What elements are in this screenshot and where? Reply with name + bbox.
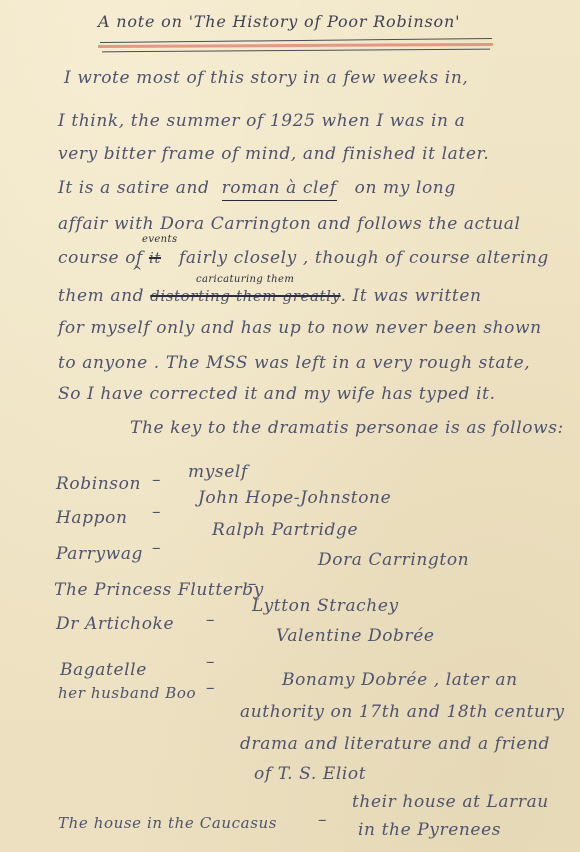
key-dash: – [318, 812, 327, 829]
paragraph-line-2: I think, the summer of 1925 when I was i… [58, 113, 465, 130]
paragraph-line-3: very bitter frame of mind, and finished … [58, 146, 489, 163]
key-identity: myself [188, 464, 248, 481]
paragraph-line-1: I wrote most of this story in a few week… [64, 70, 468, 87]
key-identity: Dora Carrington [318, 552, 469, 569]
paragraph-line-9: to anyone . The MSS was left in a very r… [58, 355, 530, 372]
key-dash: – [152, 472, 161, 489]
text-fairly-closely: fairly closely , though of course alteri… [179, 248, 549, 268]
key-dash: – [152, 540, 161, 557]
text-satire: It is a satire and [58, 178, 210, 198]
text-them-and: them and [58, 286, 144, 306]
paragraph-line-8: for myself only and has up to now never … [58, 320, 542, 337]
key-identity: Valentine Dobrée [276, 628, 435, 645]
key-character: Bagatelle [60, 662, 147, 679]
paragraph-line-10: So I have corrected it and my wife has t… [58, 386, 496, 403]
key-character: Happon [56, 510, 128, 527]
insertion-caret-icon: ^ [132, 264, 142, 278]
text-course-of: course of [58, 248, 143, 268]
title-underline-red [98, 43, 493, 48]
paragraph-line-7: them and distorting them greatly. It was… [58, 288, 482, 305]
text-struck-distorting: distorting them greatly [150, 287, 340, 305]
paragraph-line-4: It is a satire and roman à clef on my lo… [58, 180, 456, 197]
key-identity: their house at Larrau [352, 794, 549, 811]
key-character: Parrywag [56, 546, 143, 563]
paragraph-line-5: affair with Dora Carrington and follows … [58, 216, 521, 233]
key-dash: – [206, 612, 215, 629]
key-identity: Ralph Partridge [212, 522, 358, 539]
key-dash: – [206, 654, 215, 671]
key-identity-continued: of T. S. Eliot [254, 766, 366, 783]
manuscript-page: A note on 'The History of Poor Robinson'… [0, 0, 580, 852]
title-underline-dark-2 [102, 49, 490, 53]
key-character: The house in the Caucasus [58, 816, 277, 831]
key-character: The Princess Flutterby [54, 582, 264, 599]
key-identity: Lytton Strachey [252, 598, 399, 615]
page-title: A note on 'The History of Poor Robinson' [98, 14, 460, 30]
text-struck-it: it [149, 249, 161, 267]
text-it-was-written: . It was written [341, 286, 482, 306]
insertion-events: events [142, 234, 177, 245]
text-on-my-long: on my long [355, 178, 456, 198]
key-character: Dr Artichoke [56, 616, 174, 633]
key-identity: John Hope-Johnstone [198, 490, 391, 507]
insertion-caricaturing-them: caricaturing them [196, 274, 294, 285]
key-identity-continued: drama and literature and a friend [240, 736, 550, 753]
key-dash: – [248, 576, 257, 593]
key-character: Robinson [56, 476, 141, 493]
key-dash: – [206, 680, 215, 697]
key-identity-continued: in the Pyrenees [358, 822, 501, 839]
key-identity: Bonamy Dobrée , later an [282, 672, 518, 689]
key-identity-continued: authority on 17th and 18th century [240, 704, 565, 721]
key-dash: – [152, 504, 161, 521]
paragraph-line-11: The key to the dramatis personae is as f… [130, 420, 564, 437]
text-roman-a-clef: roman à clef [222, 178, 337, 201]
key-character: her husband Boo [58, 686, 196, 701]
